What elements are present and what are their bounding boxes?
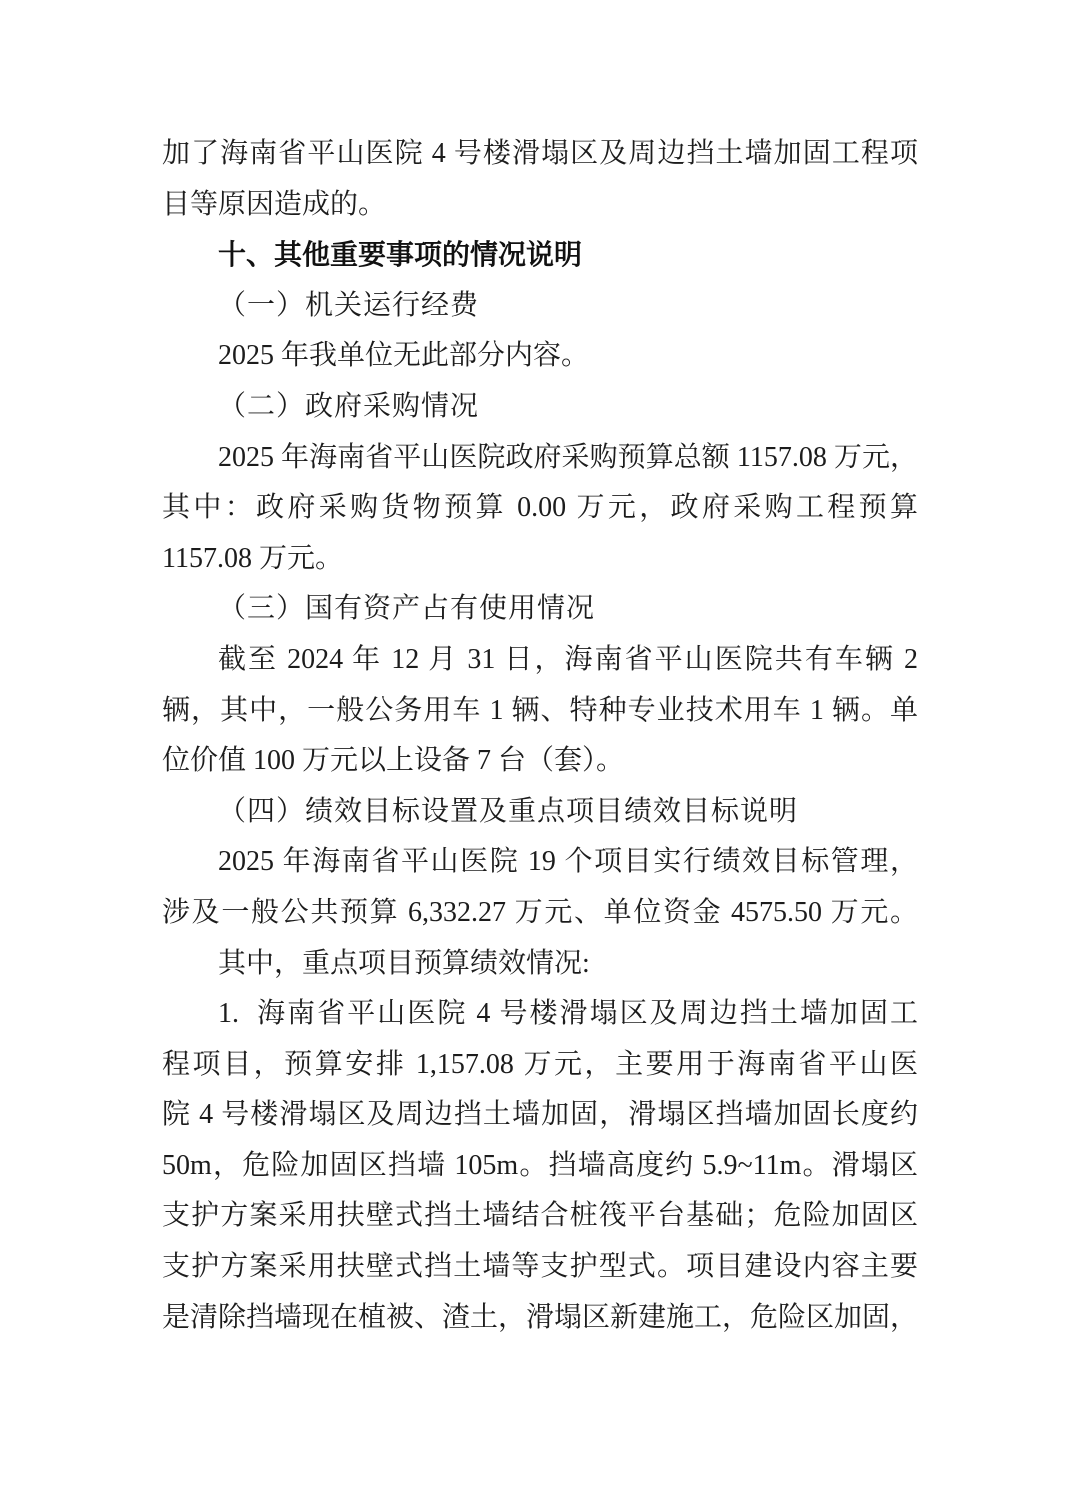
text-line: 程项目，预算安排 1,157.08 万元，主要用于海南省平山医 <box>162 1040 918 1091</box>
text-line: 是清除挡墙现在植被、渣土，滑塌区新建施工，危险区加固， <box>162 1293 918 1344</box>
para-key-project-1: 1. 海南省平山医院 4 号楼滑塌区及周边挡土墙加固工程项目，预算安排 1,15… <box>162 989 918 1343</box>
text-line: 涉及一般公共预算 6,332.27 万元、单位资金 4575.50 万元。 <box>162 888 918 939</box>
text-line: 目等原因造成的。 <box>162 180 918 231</box>
document-content: 加了海南省平山医院 4 号楼滑塌区及周边挡土墙加固工程项目等原因造成的。十、其他… <box>162 129 918 1343</box>
text-line: 支护方案采用扶壁式挡土墙等支护型式。项目建设内容主要 <box>162 1242 918 1293</box>
document-page: 加了海南省平山医院 4 号楼滑塌区及周边挡土墙加固工程项目等原因造成的。十、其他… <box>0 0 1080 1512</box>
para-key-project-intro: 其中，重点项目预算绩效情况: <box>162 939 918 990</box>
text-line: 院 4 号楼滑塌区及周边挡土墙加固，滑塌区挡墙加固长度约 <box>162 1090 918 1141</box>
para-carryover-from-previous-page: 加了海南省平山医院 4 号楼滑塌区及周边挡土墙加固工程项目等原因造成的。 <box>162 129 918 230</box>
text-line: 支护方案采用扶壁式挡土墙结合桩筏平台基础；危险加固区 <box>162 1191 918 1242</box>
text-line: 2025 年我单位无此部分内容。 <box>162 331 918 382</box>
text-line: （四）绩效目标设置及重点项目绩效目标说明 <box>162 787 918 838</box>
text-line: 加了海南省平山医院 4 号楼滑塌区及周边挡土墙加固工程项 <box>162 129 918 180</box>
text-line: 截至 2024 年 12 月 31 日，海南省平山医院共有车辆 2 <box>162 635 918 686</box>
para-government-procurement: 2025 年海南省平山医院政府采购预算总额 1157.08 万元，其中：政府采购… <box>162 433 918 585</box>
text-line: 50m，危险加固区挡墙 105m。挡墙高度约 5.9~11m。滑塌区 <box>162 1141 918 1192</box>
text-line: 1. 海南省平山医院 4 号楼滑塌区及周边挡土墙加固工 <box>162 989 918 1040</box>
text-line: 2025 年海南省平山医院政府采购预算总额 1157.08 万元， <box>162 433 918 484</box>
subheading-four-performance-targets: （四）绩效目标设置及重点项目绩效目标说明 <box>162 787 918 838</box>
text-line: （二）政府采购情况 <box>162 382 918 433</box>
text-line: 2025 年海南省平山医院 19 个项目实行绩效目标管理， <box>162 837 918 888</box>
text-line: 辆，其中，一般公务用车 1 辆、特种专业技术用车 1 辆。单 <box>162 686 918 737</box>
subheading-three-state-assets: （三）国有资产占有使用情况 <box>162 584 918 635</box>
text-line: 1157.08 万元。 <box>162 534 918 585</box>
para-performance-targets: 2025 年海南省平山医院 19 个项目实行绩效目标管理，涉及一般公共预算 6,… <box>162 837 918 938</box>
subheading-one-agency-operating-funds: （一）机关运行经费 <box>162 281 918 332</box>
text-line: 位价值 100 万元以上设备 7 台（套）。 <box>162 736 918 787</box>
para-state-assets: 截至 2024 年 12 月 31 日，海南省平山医院共有车辆 2辆，其中，一般… <box>162 635 918 787</box>
para-agency-operating-funds: 2025 年我单位无此部分内容。 <box>162 331 918 382</box>
heading-section-ten: 十、其他重要事项的情况说明 <box>162 230 918 281</box>
text-line: 其中：政府采购货物预算 0.00 万元，政府采购工程预算 <box>162 483 918 534</box>
subheading-two-government-procurement: （二）政府采购情况 <box>162 382 918 433</box>
text-line: 其中，重点项目预算绩效情况: <box>162 939 918 990</box>
text-line: （三）国有资产占有使用情况 <box>162 584 918 635</box>
text-line: 十、其他重要事项的情况说明 <box>162 230 918 281</box>
text-line: （一）机关运行经费 <box>162 281 918 332</box>
